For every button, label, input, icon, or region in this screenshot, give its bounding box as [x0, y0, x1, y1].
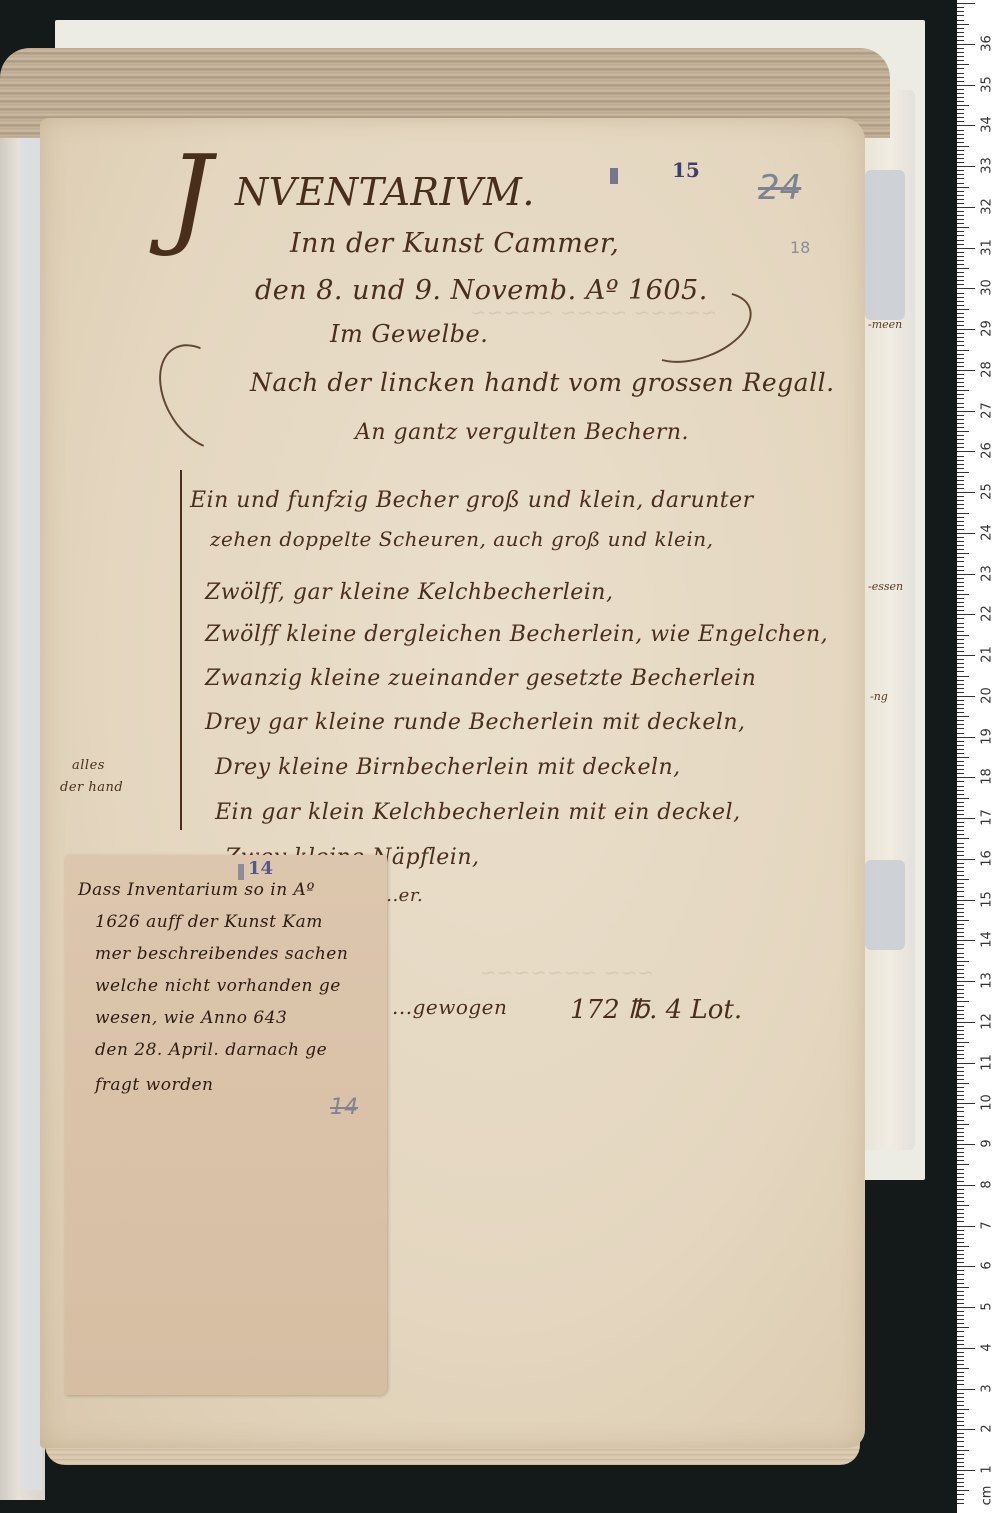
ruler-label: 27 [980, 397, 995, 423]
ruler-tick [957, 1124, 969, 1125]
ruler-tick [957, 1458, 964, 1459]
ruler-tick [957, 1132, 964, 1133]
ruler-tick [957, 1058, 964, 1059]
ruler-tick [957, 264, 964, 265]
ruler-tick [957, 272, 964, 273]
ruler-tick [957, 1270, 964, 1271]
entry-2: Zwölff, gar kleine Kelchbecherlein, [205, 580, 613, 605]
ruler-tick [957, 676, 969, 677]
ruler-label: 15 [980, 886, 995, 912]
ruler-tick [957, 1295, 964, 1296]
ruler-tick [957, 403, 964, 404]
ruler-tick [957, 407, 964, 408]
ruler-tick [957, 248, 975, 249]
ruler-tick [957, 476, 964, 477]
ruler-tick [957, 288, 975, 289]
ruler-tick [957, 1148, 964, 1149]
ruler-tick [957, 1344, 964, 1345]
ruler-label: 23 [980, 560, 995, 586]
ruler-tick [957, 451, 975, 452]
ruler-tick [957, 822, 964, 823]
ruler-tick [957, 256, 964, 257]
ruler-tick [957, 1230, 964, 1231]
ruler-tick [957, 1010, 964, 1011]
ruler-tick [957, 231, 964, 232]
ruler-tick [957, 113, 964, 114]
ruler-tick [957, 309, 969, 310]
ruler-tick [957, 187, 969, 188]
ruler-tick [957, 480, 964, 481]
ruler-tick [957, 1213, 964, 1214]
ruler-tick [957, 235, 964, 236]
ruler-tick [957, 484, 964, 485]
ruler-label: 17 [980, 805, 995, 831]
ruler-tick [957, 150, 964, 151]
ruler-tick [957, 223, 964, 224]
ruler-tick [957, 781, 964, 782]
ruler-tick [957, 1022, 975, 1023]
ruler-tick [957, 545, 964, 546]
ruler-tick [957, 284, 964, 285]
ruler-tick [957, 724, 964, 725]
ruler-tick [957, 1221, 964, 1222]
ruler-tick [957, 610, 964, 611]
ruler-tick [957, 350, 969, 351]
ruler-tick [957, 178, 964, 179]
ruler-tick [957, 321, 964, 322]
ruler-tick [957, 199, 964, 200]
ruler-tick [957, 240, 964, 241]
ruler-tick [957, 908, 964, 909]
ruler-tick [957, 1014, 964, 1015]
ruler-tick [957, 105, 969, 106]
ruler-tick [957, 1063, 975, 1064]
ruler-tick [957, 1397, 964, 1398]
ruler-tick [957, 1279, 964, 1280]
ruler-tick [957, 818, 975, 819]
total-line-tail: ...gewogen [392, 995, 507, 1019]
ruler-tick [957, 561, 964, 562]
ruler-tick [957, 1067, 964, 1068]
ruler-tick [957, 341, 964, 342]
ruler-tick [957, 602, 964, 603]
ruler-tick [957, 932, 964, 933]
ruler-tick [957, 1156, 964, 1157]
ruler-tick [957, 692, 964, 693]
ruler-tick [957, 500, 964, 501]
ruler-tick [957, 708, 964, 709]
ruler-tick [957, 1042, 969, 1043]
section-heading: Nach der lincken handt vom grossen Regal… [250, 368, 835, 397]
ruler-tick [957, 614, 975, 615]
ruler-tick [957, 154, 964, 155]
tab-note: -essen [868, 580, 903, 593]
entry-1-line-2: zehen doppelte Scheuren, auch groß und k… [210, 527, 714, 551]
ruler-tick [957, 394, 964, 395]
ruler-tick [957, 1234, 964, 1235]
ruler-tick [957, 411, 975, 412]
ruler-tick [957, 875, 964, 876]
ruler-tick [957, 1026, 964, 1027]
ruler-tick [957, 1482, 964, 1483]
ruler-tick [957, 1238, 964, 1239]
ruler-tick [957, 142, 964, 143]
ruler-tick [957, 1144, 975, 1145]
ruler-tick [957, 1152, 964, 1153]
ruler-label: 1 [980, 1457, 995, 1483]
ruler-label: 24 [980, 519, 995, 545]
ruler-tick [957, 985, 964, 986]
folio-number-stamp: 15 [672, 158, 700, 182]
ruler-tick [957, 700, 964, 701]
ruler-tick [957, 1494, 964, 1495]
ruler-tick [957, 989, 964, 990]
ruler-tick [957, 680, 964, 681]
ruler-tick [957, 496, 964, 497]
ruler-tick [957, 863, 964, 864]
ruler-tick [957, 1421, 964, 1422]
ruler-tick [957, 1250, 964, 1251]
ruler-tick [957, 973, 964, 974]
ruler-tick [957, 1311, 964, 1312]
ruler-tick [957, 1226, 975, 1227]
ruler-tick [957, 838, 969, 839]
ruler-tick [957, 1287, 969, 1288]
ruler-tick [957, 227, 969, 228]
ruler-tick [957, 513, 969, 514]
ruler-tick [957, 1360, 964, 1361]
ruler-tick [957, 1454, 964, 1455]
ruler-tick [957, 36, 964, 37]
ruler-tick [957, 1189, 964, 1190]
ruler-tick [957, 7, 964, 8]
ruler-label: 2 [980, 1416, 995, 1442]
ruler-tick [957, 541, 964, 542]
entry-7: Ein gar klein Kelchbecherlein mit ein de… [215, 800, 741, 825]
ruler-tick [957, 1441, 964, 1442]
ruler-tick [957, 191, 964, 192]
left-facing-page-edge [0, 120, 45, 1500]
ruler-tick [957, 1087, 964, 1088]
ruler-tick [957, 598, 964, 599]
ruler-tick [957, 1242, 964, 1243]
ruler-tick [957, 749, 964, 750]
ruler-tick [957, 757, 969, 758]
ruler-label: 11 [980, 1049, 995, 1075]
ruler-tick [957, 859, 975, 860]
slip-line-6: den 28. April. darnach ge [95, 1040, 327, 1060]
ruler-label: 26 [980, 438, 995, 464]
ruler-label: 22 [980, 601, 995, 627]
ruler-tick [957, 1470, 975, 1471]
ruler-tick [957, 887, 964, 888]
ruler-tick [957, 769, 964, 770]
ruler-tick [957, 777, 975, 778]
ruler-tick [957, 566, 964, 567]
ruler-tick [957, 89, 964, 90]
ruler-tick [957, 1001, 969, 1002]
ruler-tick [957, 1352, 964, 1353]
ruler-tick [957, 488, 964, 489]
ruler-tick [957, 1372, 964, 1373]
ruler-tick [957, 1478, 964, 1479]
ruler-tick [957, 1450, 969, 1451]
ruler-tick [957, 753, 964, 754]
ruler-tick [957, 843, 964, 844]
ruler-tick [957, 1164, 969, 1165]
ruler-tick [957, 1111, 964, 1112]
ruler-tick [957, 651, 964, 652]
ruler-tick [957, 1173, 964, 1174]
ruler-tick [957, 557, 964, 558]
slip-line-3: mer beschreibendes sachen [95, 944, 348, 964]
ruler-unit-label: cm [980, 1483, 995, 1509]
ruler-label: 33 [980, 153, 995, 179]
ruler-tick [957, 11, 964, 12]
ruler-tick [957, 1006, 964, 1007]
ruler-tick [957, 1083, 969, 1084]
ruler-tick [957, 1185, 975, 1186]
ruler-tick [957, 790, 964, 791]
ruler-tick [957, 398, 964, 399]
ruler-label: 19 [980, 723, 995, 749]
ruler-tick [957, 460, 964, 461]
ruler-tick [957, 130, 964, 131]
ruler-tick [957, 814, 964, 815]
ruler-tick [957, 537, 964, 538]
ruler-tick [957, 623, 964, 624]
ruler-tick [957, 378, 964, 379]
ruler-tick [957, 382, 964, 383]
ruler-tick [957, 492, 975, 493]
ruler-tick [957, 733, 964, 734]
ruler-tick [957, 435, 964, 436]
ruler-tick [957, 40, 964, 41]
ruler-tick [957, 1258, 964, 1259]
old-folio-pencil: 24 [758, 168, 801, 208]
ruler-tick [957, 549, 964, 550]
ruler-tick [957, 117, 964, 118]
ruler-tick [957, 28, 964, 29]
bleed-through-text: ~~~ ~~~~~~~ [480, 960, 654, 984]
entry-4: Zwanzig kleine zueinander gesetzte Beche… [205, 666, 756, 691]
ruler-tick [957, 183, 964, 184]
ruler-tick [957, 1389, 975, 1390]
ruler-tick [957, 297, 964, 298]
ruler-tick [957, 712, 964, 713]
ruler-tick [957, 1303, 964, 1304]
ruler-tick [957, 203, 964, 204]
ruler-tick [957, 1205, 969, 1206]
scale-ruler: cm 1234567891011121314151617181920212223… [957, 0, 1000, 1513]
ruler-tick [957, 56, 964, 57]
ruler-tick [957, 443, 964, 444]
ruler-tick [957, 667, 964, 668]
ruler-tick [957, 1262, 964, 1263]
ruler-tick [957, 1380, 964, 1381]
ruler-tick [957, 1462, 964, 1463]
ruler-tick [957, 716, 969, 717]
ruler-tick [957, 867, 964, 868]
ruler-tick [957, 1160, 964, 1161]
tab-note: -meen [868, 318, 902, 331]
ruler-label: 30 [980, 275, 995, 301]
margin-note-line-2: der hand [60, 780, 123, 795]
slip-folio-stamp: 14 [248, 858, 273, 879]
ruler-tick [957, 798, 969, 799]
ruler-tick [957, 211, 964, 212]
ruler-tick [957, 1499, 964, 1500]
ruler-tick [957, 606, 964, 607]
ruler-tick [957, 276, 964, 277]
entry-1-line-1: Ein und funfzig Becher groß und klein, d… [190, 488, 754, 513]
ruler-tick [957, 268, 969, 269]
total-weight: 172 ℔. 4 Lot. [570, 995, 742, 1025]
ruler-label: 32 [980, 193, 995, 219]
ruler-label: 34 [980, 112, 995, 138]
ruler-tick [957, 810, 964, 811]
ruler-tick [957, 688, 964, 689]
ruler-tick [957, 415, 964, 416]
slip-line-7: fragt worden [95, 1075, 213, 1095]
ruler-tick [957, 337, 964, 338]
ruler-tick [957, 3, 975, 4]
ruler-tick [957, 851, 964, 852]
ruler-tick [957, 663, 964, 664]
ruler-tick [957, 647, 964, 648]
ruler-tick [957, 773, 964, 774]
entry-3: Zwölff kleine dergleichen Becherlein, wi… [205, 622, 828, 647]
ruler-tick [957, 447, 964, 448]
ruler-tick [957, 358, 964, 359]
spine-tape [20, 130, 42, 1490]
ruler-tick [957, 802, 964, 803]
ruler-tick [957, 883, 964, 884]
ruler-tick [957, 354, 964, 355]
ruler-tick [957, 1433, 964, 1434]
entry-bracket-line [180, 470, 182, 830]
ruler-tick [957, 635, 969, 636]
ruler-label: 21 [980, 642, 995, 668]
slip-pencil-mark: 14 [330, 1095, 358, 1120]
ruler-label: 29 [980, 316, 995, 342]
ruler-tick [957, 1177, 964, 1178]
ruler-label: 35 [980, 71, 995, 97]
ruler-label: 10 [980, 1090, 995, 1116]
ruler-tick [957, 1095, 964, 1096]
ruler-tick [957, 431, 969, 432]
ruler-tick [957, 81, 964, 82]
slip-line-4: welche nicht vorhanden ge [95, 976, 341, 996]
ruler-tick [957, 1315, 964, 1316]
ruler-tick [957, 940, 975, 941]
ruler-tick [957, 1140, 964, 1141]
ruler-tick [957, 1079, 964, 1080]
ink-stamp-mark [610, 168, 618, 184]
ruler-tick [957, 456, 964, 457]
ruler-tick [957, 374, 964, 375]
ruler-tick [957, 260, 964, 261]
ruler-tick [957, 390, 969, 391]
ruler-tick [957, 704, 964, 705]
ruler-tick [957, 195, 964, 196]
ruler-tick [957, 871, 964, 872]
ruler-tick [957, 1034, 964, 1035]
ruler-label: 31 [980, 234, 995, 260]
ruler-tick [957, 582, 964, 583]
ruler-tick [957, 574, 975, 575]
ruler-tick [957, 138, 964, 139]
ruler-tick [957, 936, 964, 937]
ruler-tick [957, 64, 969, 65]
ruler-tick [957, 244, 964, 245]
ruler-tick [957, 1107, 964, 1108]
ruler-tick [957, 631, 964, 632]
ruler-tick [957, 1099, 964, 1100]
ruler-tick [957, 961, 969, 962]
ruler-tick [957, 618, 964, 619]
ruler-tick [957, 1128, 964, 1129]
ruler-tick [957, 977, 964, 978]
pasted-note-slip [65, 855, 387, 1395]
tab-note: -ng [870, 690, 888, 703]
ruler-tick [957, 170, 964, 171]
ruler-tick [957, 578, 964, 579]
ruler-tick [957, 1217, 964, 1218]
ruler-tick [957, 305, 964, 306]
ruler-tick [957, 508, 964, 509]
ruler-tick [957, 1393, 964, 1394]
ruler-tick [957, 317, 964, 318]
ruler-tick [957, 1429, 975, 1430]
ruler-tick [957, 162, 964, 163]
ruler-tick [957, 1116, 964, 1117]
ruler-tick [957, 912, 964, 913]
ruler-tick [957, 68, 964, 69]
ruler-tick [957, 904, 964, 905]
title-line-2: Inn der Kunst Cammer, [290, 228, 619, 259]
ruler-tick [957, 590, 964, 591]
ruler-tick [957, 1254, 964, 1255]
ruler-tick [957, 1038, 964, 1039]
ruler-tick [957, 1368, 969, 1369]
ruler-tick [957, 1299, 964, 1300]
ruler-tick [957, 439, 964, 440]
ruler-tick [957, 109, 964, 110]
ruler-tick [957, 121, 964, 122]
ruler-tick [957, 1319, 964, 1320]
ruler-label: 13 [980, 968, 995, 994]
ruler-label: 20 [980, 682, 995, 708]
ruler-tick [957, 1291, 964, 1292]
slip-line-1: Dass Inventarium so in Aº [78, 880, 315, 900]
ruler-tick [957, 1075, 964, 1076]
ruler-tick [957, 900, 975, 901]
ruler-tick [957, 1046, 964, 1047]
margin-note-line-1: alles [72, 758, 105, 773]
ruler-tick [957, 20, 964, 21]
ruler-tick [957, 85, 975, 86]
ruler-tick [957, 1091, 964, 1092]
ruler-tick [957, 1486, 964, 1487]
ruler-tick [957, 280, 964, 281]
ruler-tick [957, 834, 964, 835]
entry-6: Drey kleine Birnbecherlein mit deckeln, [215, 755, 681, 780]
old-folio-small: 18 [790, 238, 810, 257]
ruler-tick [957, 174, 964, 175]
slip-ink-stamp-mark [238, 864, 244, 880]
ruler-tick [957, 1181, 964, 1182]
